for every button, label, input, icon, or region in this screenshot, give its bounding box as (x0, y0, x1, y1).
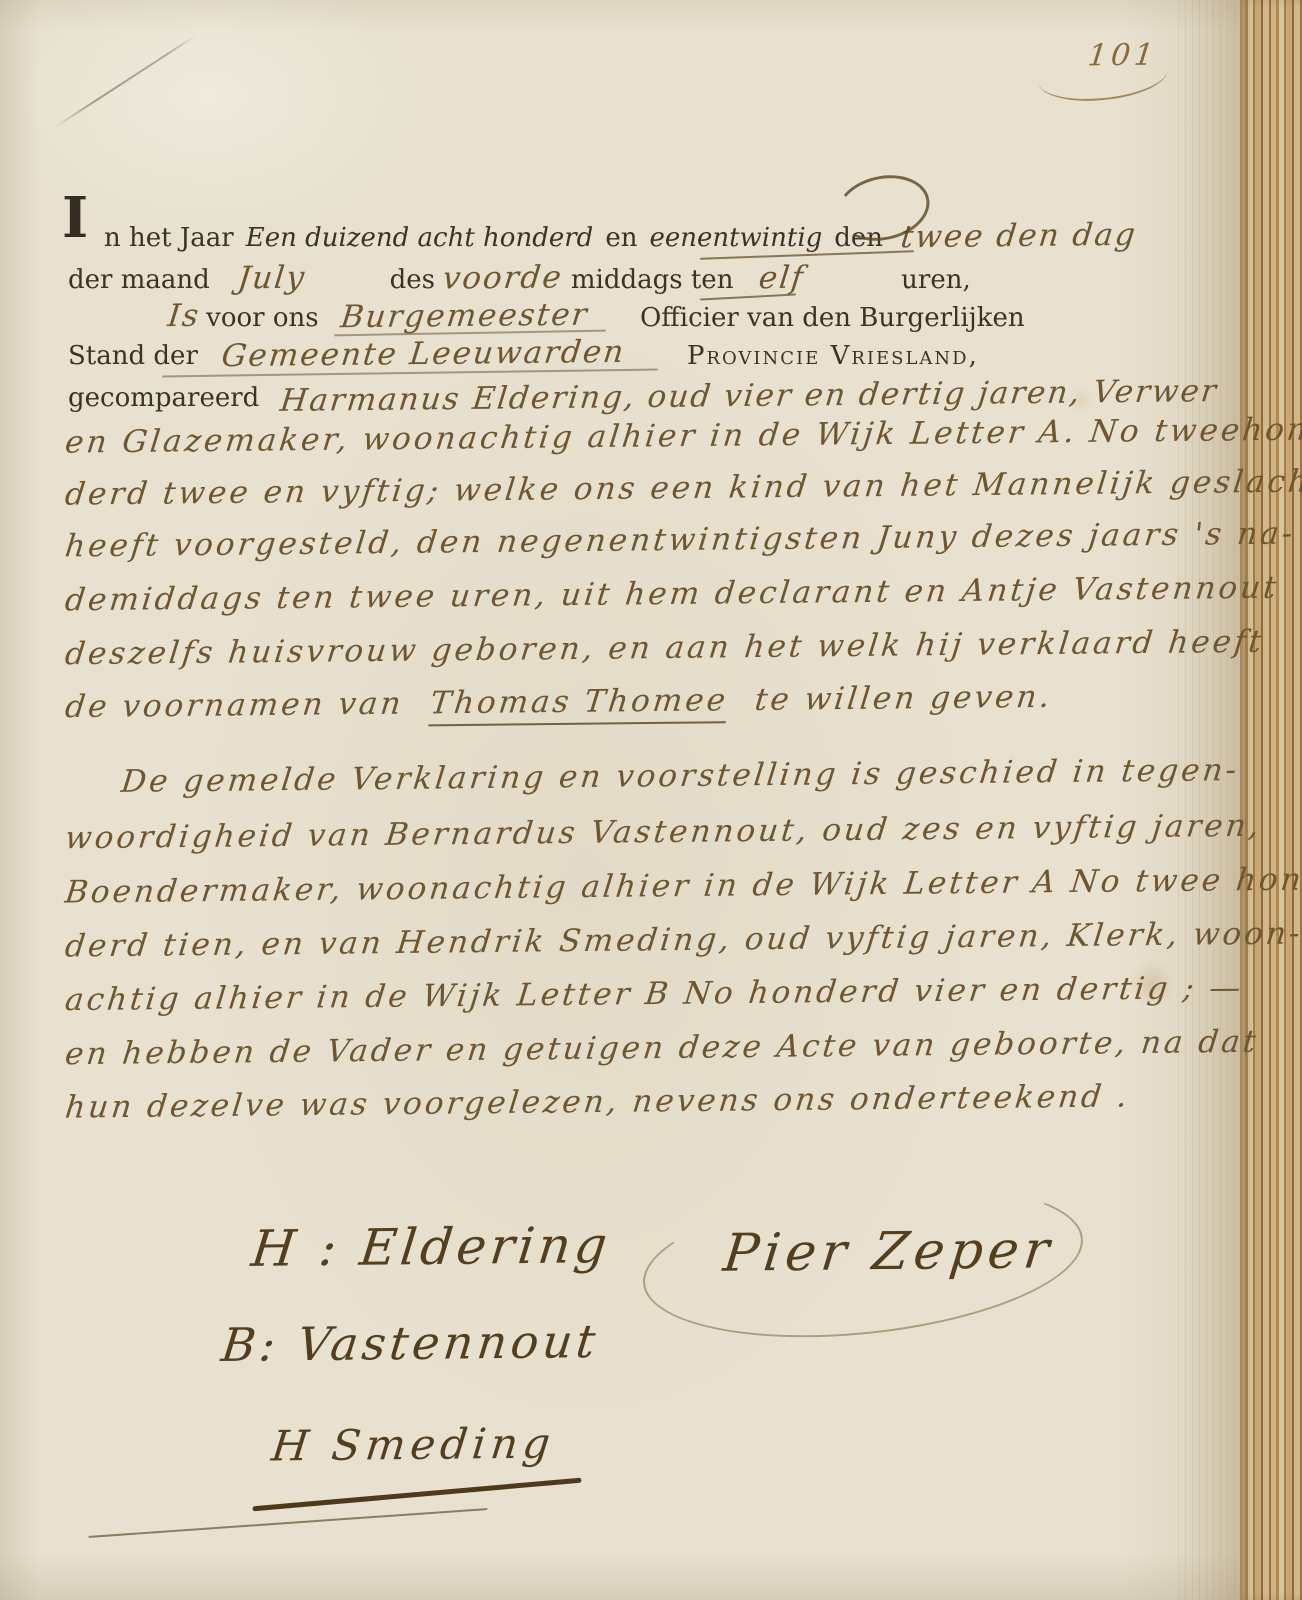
body-line: derd tien, en van Hendrik Smeding, oud v… (63, 916, 1302, 965)
body-line: De gemelde Verklaring en voorstelling is… (119, 752, 1241, 800)
printed-text: gecompareerd (68, 383, 259, 413)
page-edge (1178, 0, 1240, 1600)
body-line: demiddags ten twee uren, uit hem declara… (63, 570, 1281, 619)
handwritten-day: twee den dag (899, 217, 1139, 255)
printed-text-year-words: Een duizend acht honderd (246, 223, 594, 253)
handwritten-month: July (236, 260, 308, 297)
body-line: deszelfs huisvrouw geboren, en aan het w… (63, 624, 1266, 673)
handwritten-daypart: voorde (441, 259, 565, 296)
signature-witness-1: B: Vastennout (219, 1314, 602, 1372)
body-line: woordigheid van Bernardus Vastennout, ou… (63, 808, 1263, 857)
body-line: derd twee en vyftig; welke ons een kind … (63, 463, 1302, 512)
closing-pre: de voornamen van (63, 686, 405, 726)
signature-underline (252, 1478, 581, 1512)
printed-text: Officier van den Burgerlijken (640, 303, 1025, 333)
body-line: achtig alhier in de Wijk Letter B No hon… (63, 970, 1245, 1018)
body-line: en Glazemaker, woonachtig alhier in de W… (63, 411, 1302, 460)
child-name: Thomas Thomee (428, 682, 730, 726)
body-line: hun dezelve was voorgelezen, nevens ons … (63, 1078, 1132, 1125)
drop-cap-initial: I (62, 190, 88, 246)
signature-underline-echo (88, 1508, 487, 1538)
paper-crease (51, 34, 196, 129)
printed-text: middags ten (571, 265, 734, 295)
handwritten-gemeente: Gemeente Leeuwarden (220, 334, 628, 374)
closing-post: te willen geven. (753, 679, 1054, 718)
printed-line-month-time: der maand July des voorde middags ten el… (68, 260, 971, 296)
body-line: Boendermaker, woonachtig alhier in de Wi… (63, 861, 1302, 910)
body-line-child-name: de voornamen van Thomas Thomee te willen… (63, 679, 1054, 725)
printed-text: n het Jaar (104, 223, 234, 253)
printed-text: Stand der (68, 341, 198, 371)
printed-line-year: n het Jaar Een duizend acht honderd en e… (104, 218, 1137, 254)
body-line: en hebben de Vader en getuigen deze Acte… (63, 1024, 1260, 1072)
printed-line-gemeente: Stand der Gemeente Leeuwarden Provincie … (68, 336, 979, 372)
book-binding-edge (1240, 0, 1302, 1600)
handwritten-is: Is (166, 298, 202, 334)
printed-text: der maand (68, 265, 210, 295)
printed-text: uren, (901, 265, 971, 295)
printed-text: des (390, 265, 435, 295)
printed-line-officer: Is voor ons Burgemeester Officier van de… (168, 298, 1025, 334)
handwritten-declarant: Harmanus Eldering, oud vier en dertig ja… (279, 373, 1220, 419)
handwritten-hour: elf (757, 260, 807, 296)
handwritten-official-title: Burgemeester (338, 297, 590, 336)
signature-father: H : Eldering (249, 1216, 614, 1278)
printed-text: voor ons (206, 303, 318, 333)
printed-text-province: Provincie Vriesland, (687, 341, 979, 371)
body-line: heeft voorgesteld, den negenentwintigste… (63, 516, 1297, 565)
printed-text-year-units: eenentwintig (649, 223, 822, 253)
printed-text: en (605, 223, 637, 253)
folio-flourish (1036, 45, 1170, 106)
signature-officer: Pier Zeper (720, 1220, 1057, 1283)
signature-witness-2: H Smeding (269, 1419, 558, 1471)
printed-line-gecompareerd: gecompareerd Harmanus Eldering, oud vier… (68, 378, 1218, 414)
birth-certificate-page: 101 I n het Jaar Een duizend acht honder… (0, 0, 1302, 1600)
